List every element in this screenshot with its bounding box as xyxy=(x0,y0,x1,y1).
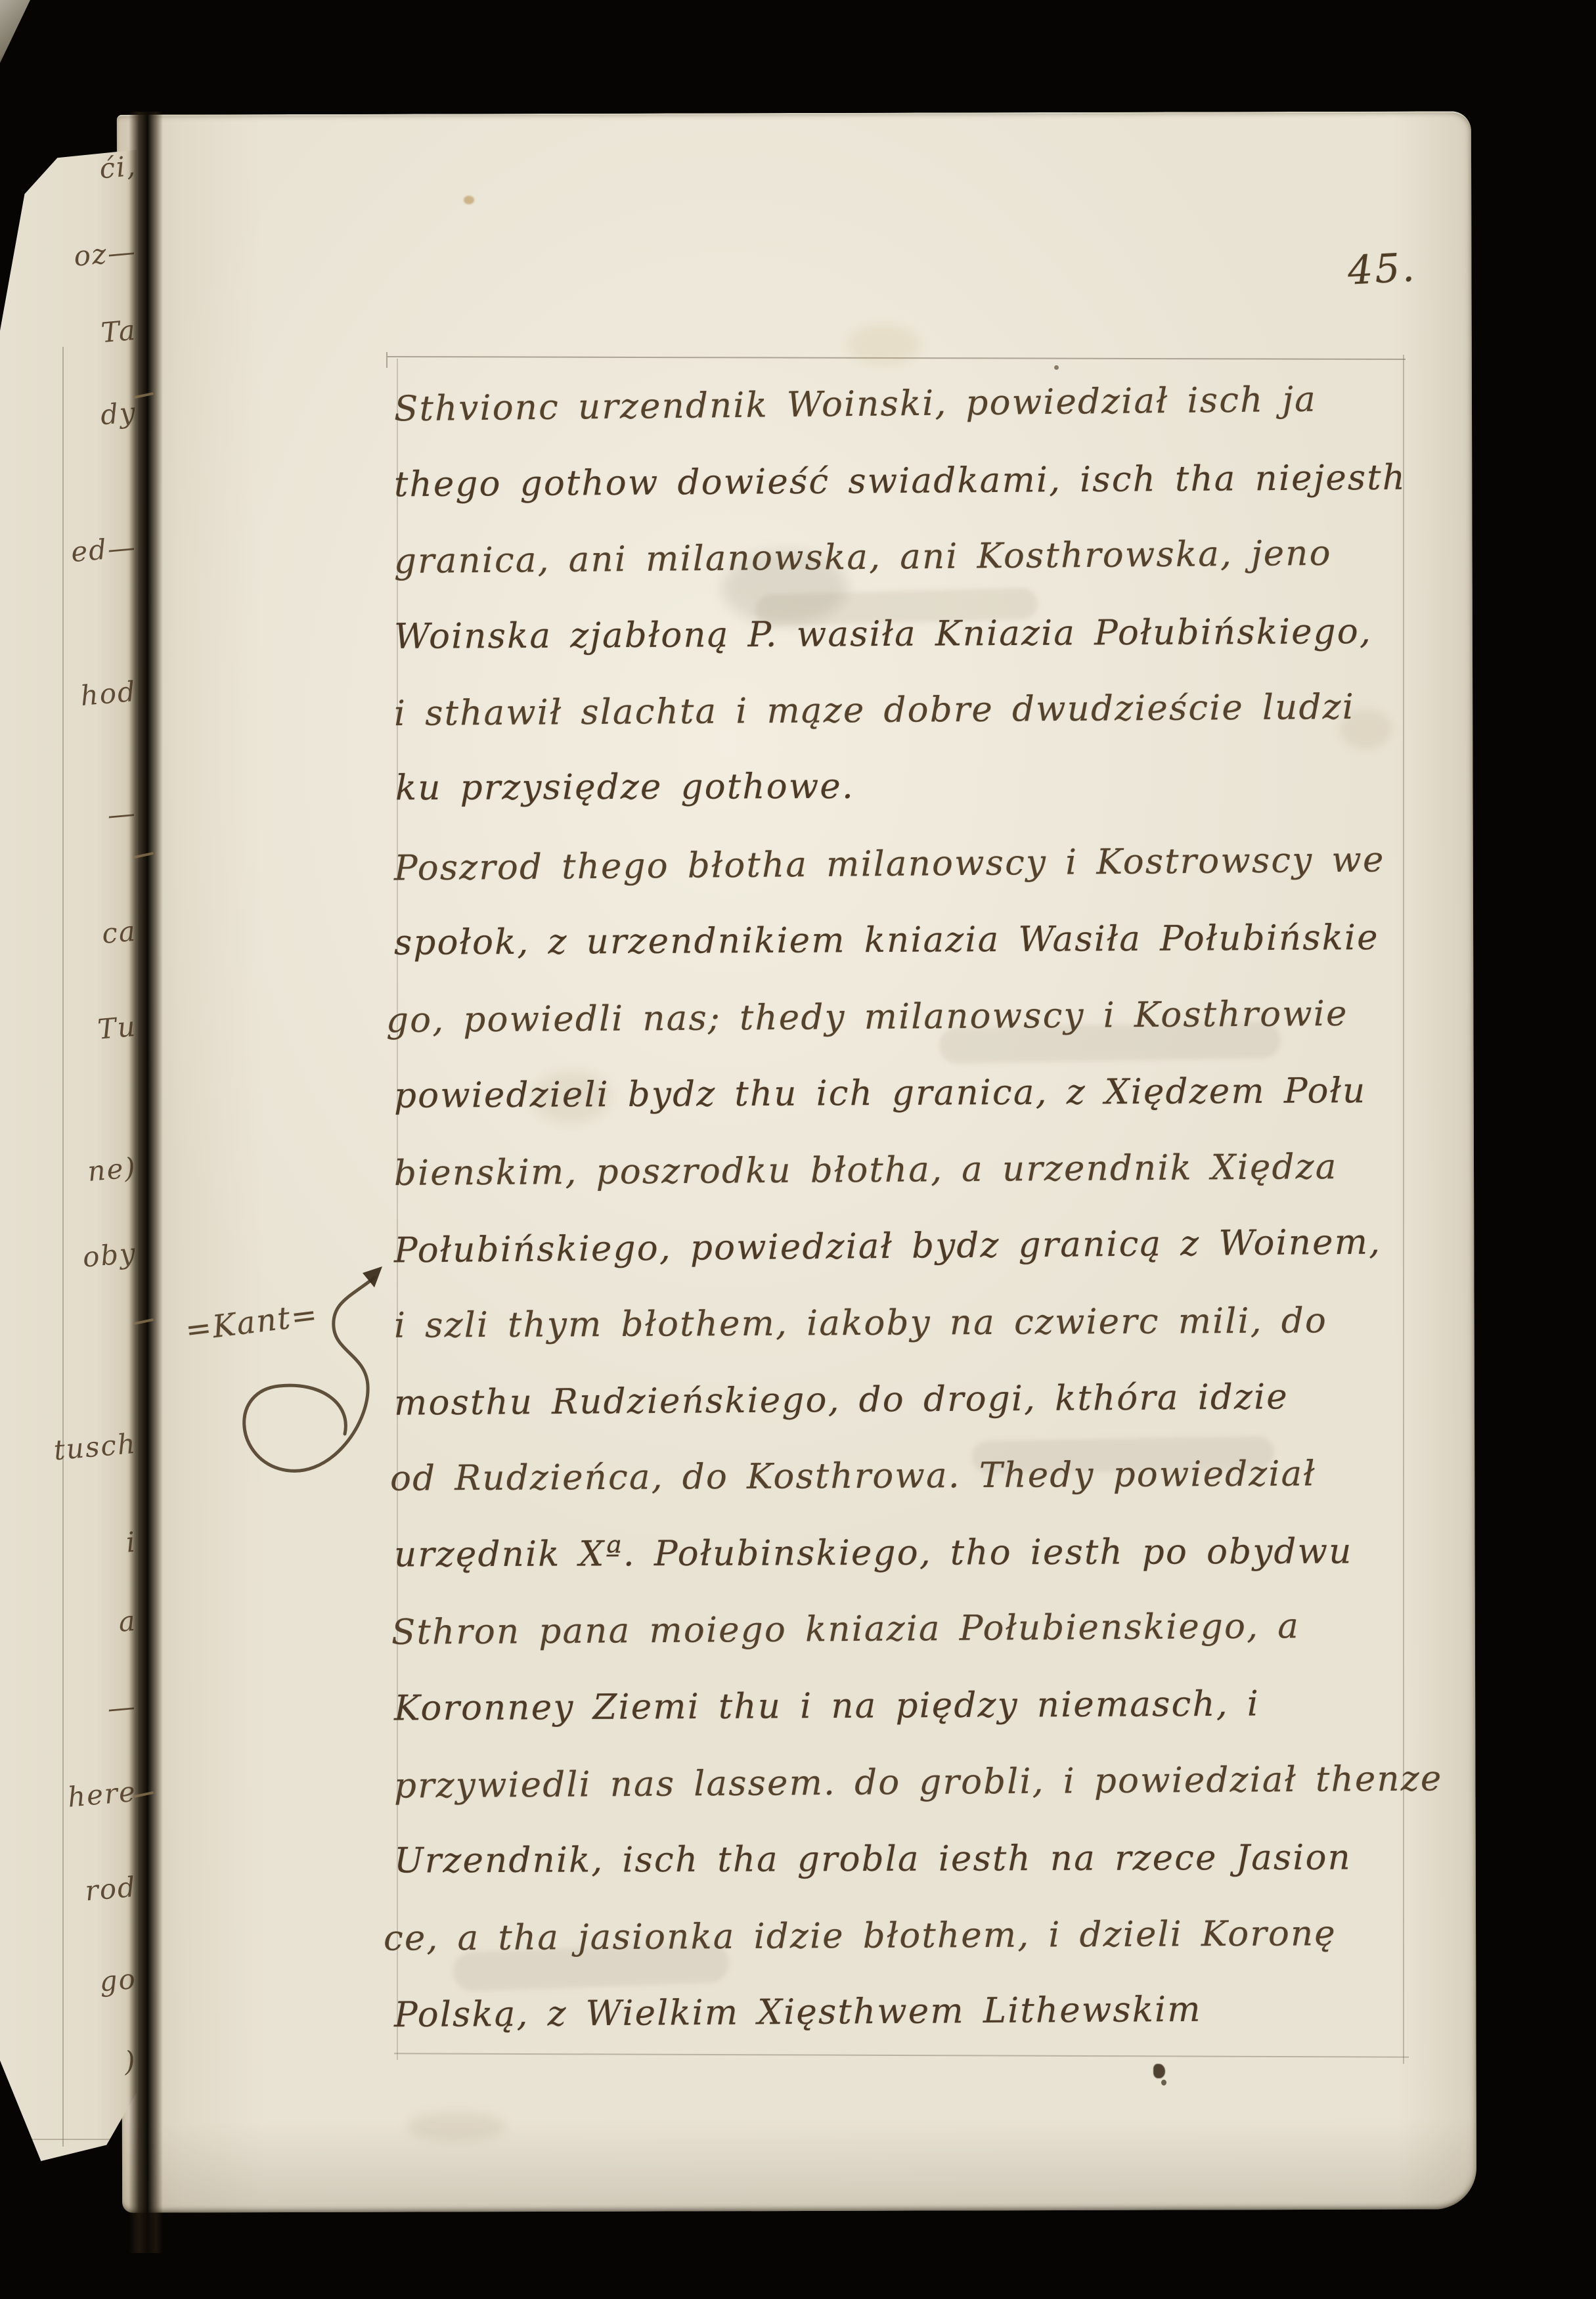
handwriting-line: Połubińskiego, powiedział bydz granicą z… xyxy=(394,1224,1382,1269)
cutoff-text-fragment: rod xyxy=(0,1871,137,1917)
cutoff-text-fragment: i xyxy=(0,1526,137,1572)
book-photo: 45. Sthvionc urzendnik Woinski, powiedzi… xyxy=(0,0,1596,2299)
handwriting-line: Woinska zjabłoną P. wasiła Kniazia Połub… xyxy=(394,614,1372,655)
ruled-line-right xyxy=(1403,355,1404,2064)
cutoff-text-fragment: here xyxy=(0,1775,137,1821)
handwriting-line: mosthu Rudzieńskiego, do drogi, kthóra i… xyxy=(394,1379,1289,1421)
handwriting-line: społok, z urzendnikiem kniazia Wasiła Po… xyxy=(394,920,1379,961)
handwriting-line: granica, ani milanowska, ani Kosthrowska… xyxy=(394,535,1332,580)
stitch-mark xyxy=(134,852,154,859)
handwriting-line: ku przysiędze gothowe. xyxy=(395,769,854,807)
handwriting-line: przywiedli nas lassem. do grobli, i powi… xyxy=(394,1760,1443,1804)
handwriting-line: ce, a tha jasionka idzie błothem, i dzie… xyxy=(384,1915,1337,1957)
cutoff-text-fragment: Tu xyxy=(0,1010,137,1056)
cutoff-text-fragment: a xyxy=(0,1605,137,1651)
handwriting-line: Poszrod thego błotha milanowscy i Kostro… xyxy=(394,841,1385,887)
stitch-mark xyxy=(134,1318,154,1325)
cutoff-text-fragment: Ta xyxy=(0,314,137,360)
stitch-mark xyxy=(134,1791,154,1798)
cutoff-text-fragment: tusch xyxy=(0,1427,137,1473)
book-gutter xyxy=(129,112,163,2253)
cutoff-text-fragment: ca xyxy=(0,915,137,961)
handwriting-line: od Rudzieńca, do Kosthrowa. Thedy powied… xyxy=(390,1456,1316,1497)
margin-brace-flourish xyxy=(217,1227,414,1503)
cutoff-text-fragment: ed— xyxy=(0,531,137,577)
cutoff-text-fragment: ći, xyxy=(0,150,137,195)
handwriting-line: Polską, z Wielkim Xięsthwem Lithewskim xyxy=(394,1992,1202,2034)
cutoff-text-fragment: dy xyxy=(0,396,137,442)
cutoff-text-fragment: — xyxy=(0,1690,137,1736)
handwriting-line: go, powiedli nas; thedy milanowscy i Kos… xyxy=(386,996,1348,1039)
cutoff-text-fragment: oby xyxy=(0,1237,137,1283)
handwriting-line: i szli thym błothem, iakoby na czwierc m… xyxy=(394,1303,1327,1344)
cutoff-text-fragment: ne) xyxy=(0,1151,137,1197)
handwriting-line: urzędnik Xª. Połubinskiego, tho iesth po… xyxy=(394,1533,1353,1573)
cutoff-text-fragment: oz— xyxy=(0,235,137,281)
handwriting-line: Sthvionc urzendnik Woinski, powiedział i… xyxy=(394,382,1317,428)
handwriting-line: powiedzieli bydz thu ich granica, z Xięd… xyxy=(394,1073,1367,1114)
handwriting-line: thego gothow dowieść swiadkami, isch tha… xyxy=(394,460,1407,503)
cutoff-text-fragment: — xyxy=(0,797,137,843)
handwriting-line: Urzendnik, isch tha grobla iesth na rzec… xyxy=(394,1839,1352,1879)
handwriting-line: bienskim, poszrodku błotha, a urzendnik … xyxy=(394,1149,1338,1192)
book-cover-corner xyxy=(0,0,30,63)
stitch-mark xyxy=(134,392,154,399)
ruled-line-tick xyxy=(386,352,388,368)
page-number: 45. xyxy=(1346,244,1417,294)
previous-page-edge: ći, oz— Ta dy ed— hod — ca Tu ne) oby tu… xyxy=(0,150,137,2161)
handwriting-line: Koronney Ziemi thu i na piędzy niemasch,… xyxy=(394,1686,1260,1728)
cutoff-text-fragment: hod xyxy=(0,675,137,721)
prev-page-ruled-line xyxy=(0,2139,136,2140)
handwriting-line: Sthron pana moiego kniazia Połubienskieg… xyxy=(391,1608,1300,1651)
handwriting-line: i sthawił slachta i mąze dobre dwudzieśc… xyxy=(394,689,1355,732)
cutoff-text-fragment: go xyxy=(0,1963,137,2009)
cutoff-text-fragment: ) xyxy=(0,2045,137,2091)
